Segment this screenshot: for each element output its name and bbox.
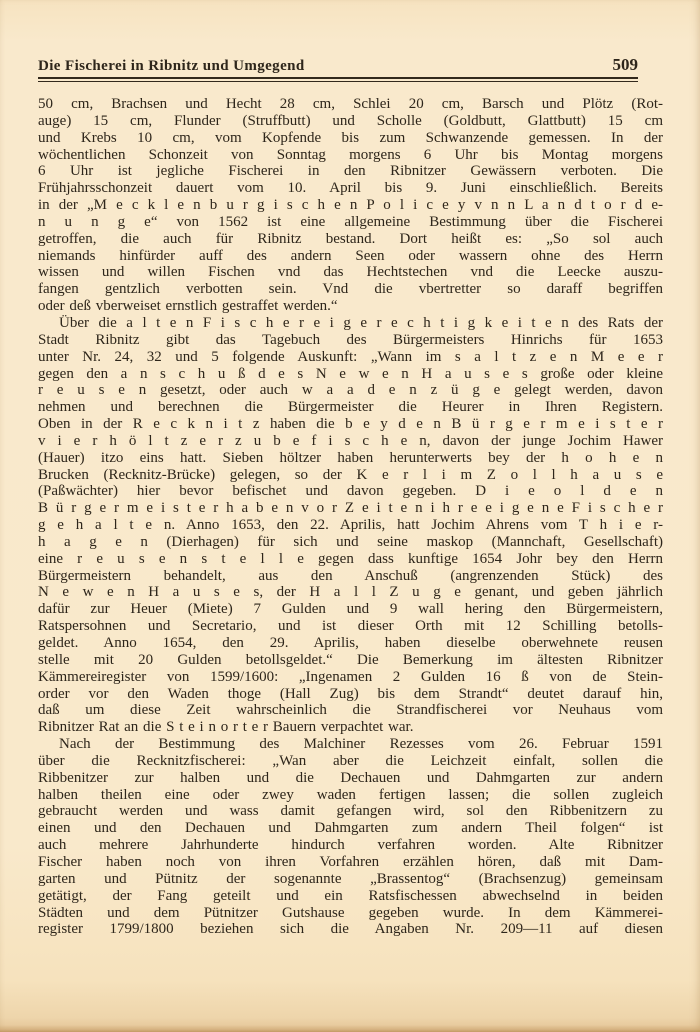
- text-line: r e u s e n gesetzt, oder auch w a a d e…: [38, 382, 663, 399]
- text-line: (Paßwächter) hier bevor befischet und da…: [38, 483, 663, 500]
- text-line: getätigt, der Fang geteilt und ein Ratsf…: [38, 888, 663, 905]
- text-line: Stadt Ribnitz gibt das Tagebuch des Bürg…: [38, 332, 663, 349]
- text-line: auge) 15 cm, Flunder (Struffbutt) und Sc…: [38, 113, 663, 130]
- text-line: gegen den a n s c h u ß d e s N e w e n …: [38, 366, 663, 383]
- text-line: B ü r g e r m e i s t e r h a b e n v o …: [38, 500, 663, 517]
- paragraph: Über die a l t e n F i s c h e r e i g e…: [38, 315, 663, 736]
- header-double-rule: [38, 77, 638, 82]
- book-page-scan: Die Fischerei in Ribnitz und Umgegend 50…: [0, 0, 700, 1032]
- text-line: Brucken (Recknitz-Brücke) gelegen, so de…: [38, 467, 663, 484]
- text-line: Fischer haben noch von ihren Vorfahren e…: [38, 854, 663, 871]
- text-line: daß um diese Zeit wahrscheinlich die Str…: [38, 702, 663, 719]
- text-line: n u n g e“ von 1562 ist eine allgemeine …: [38, 214, 663, 231]
- paragraph: Nach der Bestimmung des Malchiner Rezess…: [38, 736, 663, 938]
- text-line: garten und Pütnitz der sogenannte „Brass…: [38, 871, 663, 888]
- paragraph: 50 cm, Brachsen und Hecht 28 cm, Schlei …: [38, 96, 663, 315]
- text-line: einen und den Dechauen und Dahmgarten zu…: [38, 820, 663, 837]
- text-line: Ribbenitzer zur halben und die Dechauen …: [38, 770, 663, 787]
- text-line: Frühjahrsschonzeit dauert vom 10. April …: [38, 180, 663, 197]
- page-header: Die Fischerei in Ribnitz und Umgegend 50…: [38, 55, 638, 75]
- text-line: wöchentlichen Schonzeit von Sonntag morg…: [38, 147, 663, 164]
- running-title: Die Fischerei in Ribnitz und Umgegend: [38, 58, 305, 75]
- text-line: geldet. Anno 1654, den 29. Aprilis, habe…: [38, 635, 663, 652]
- text-line: Kämmereiregister von 1599/1600: „Ingenam…: [38, 669, 663, 686]
- text-line: order vor den Waden thoge (Hall Zug) bis…: [38, 686, 663, 703]
- text-line: eine r e u s e n s t e l l e gegen dass …: [38, 551, 663, 568]
- text-line: auch mehrere Jahrhunderte hindurch verfa…: [38, 837, 663, 854]
- text-line: und Krebs 10 cm, vom Kopfende bis zum Sc…: [38, 130, 663, 147]
- text-line: Städten und dem Pütnitzer Gutshause gege…: [38, 905, 663, 922]
- text-line: N e w e n H a u s e s, der H a l l Z u g…: [38, 584, 663, 601]
- text-line: getroffen, die auch für Ribnitz bestand.…: [38, 231, 663, 248]
- text-line: nehmen und berechnen die Bürgermeister d…: [38, 399, 663, 416]
- text-line: 6 Uhr ist jegliche Fischerei in den Ribn…: [38, 163, 663, 180]
- text-line: (Hauer) itzo eins hatt. Sieben höltzer h…: [38, 450, 663, 467]
- text-line: 50 cm, Brachsen und Hecht 28 cm, Schlei …: [38, 96, 663, 113]
- page-body: 50 cm, Brachsen und Hecht 28 cm, Schlei …: [38, 96, 663, 938]
- text-line: Oben in der R e c k n i t z haben die b …: [38, 416, 663, 433]
- page-bottom-edge: [0, 1025, 700, 1032]
- text-line: Bürgermeistern behandelt, aus den Anschu…: [38, 568, 663, 585]
- text-line: niemands hinfürder auff des andern Seen …: [38, 248, 663, 265]
- text-line: Nach der Bestimmung des Malchiner Rezess…: [38, 736, 663, 753]
- text-line: dafür zur Heuer (Miete) 7 Gulden und 9 w…: [38, 601, 663, 618]
- text-line: unter Nr. 24, 32 und 5 folgende Auskunft…: [38, 349, 663, 366]
- text-line: gebraucht werden und wass damit gefangen…: [38, 803, 663, 820]
- text-line: stelle mit 20 Gulden betollsgeldet.“ Die…: [38, 652, 663, 669]
- text-line: wissen und willen Fischen vnd das Hechts…: [38, 264, 663, 281]
- text-line: über die Recknitzfischerei: „Wan aber di…: [38, 753, 663, 770]
- text-line: g e h a l t e n. Anno 1653, den 22. Apri…: [38, 517, 663, 534]
- text-line: in der „M e c k l e n b u r g i s c h e …: [38, 197, 663, 214]
- text-line: h a g e n (Dierhagen) für sich und seine…: [38, 534, 663, 551]
- text-line: Ribnitzer Rat an die S t e i n o r t e r…: [38, 719, 663, 736]
- text-line: Über die a l t e n F i s c h e r e i g e…: [38, 315, 663, 332]
- text-line: fangen gentzlich verbotten sein. Vnd die…: [38, 281, 663, 298]
- text-line: register 1799/1800 beziehen sich die Ang…: [38, 921, 663, 938]
- text-line: Ratspersohnen und Secretario, und ist di…: [38, 618, 663, 635]
- page-number: 509: [613, 55, 639, 75]
- text-line: oder deß vberweiset ernstlich gestraffet…: [38, 298, 663, 315]
- text-line: halben theilen eine oder zwey waden fert…: [38, 787, 663, 804]
- text-line: v i e r h ö l t z e r z u b e f i s c h …: [38, 433, 663, 450]
